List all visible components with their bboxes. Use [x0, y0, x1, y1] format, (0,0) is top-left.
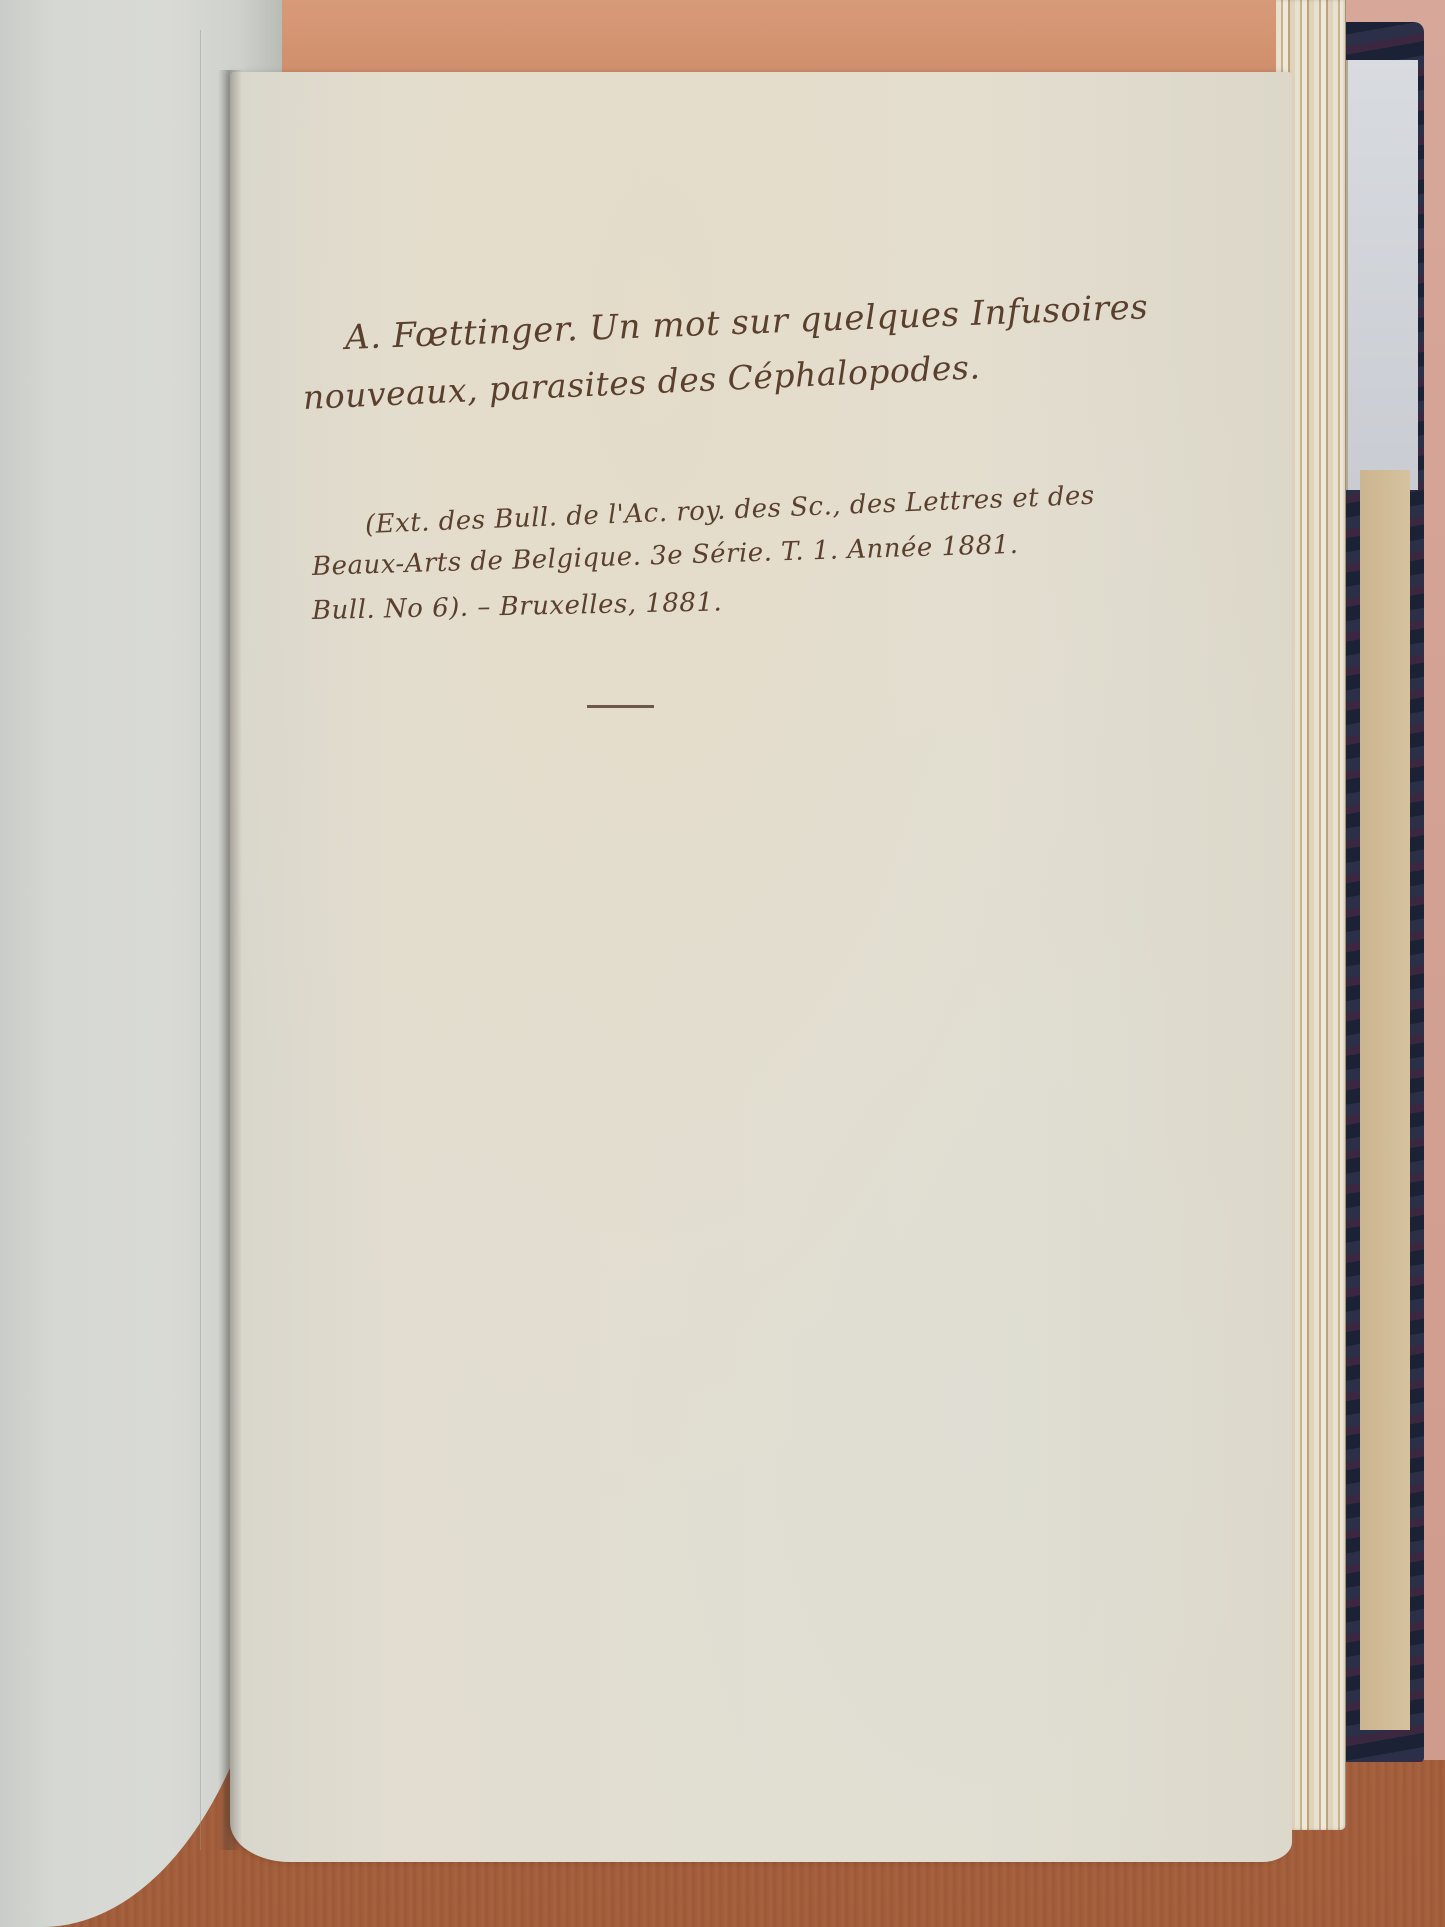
book-gutter [218, 70, 242, 1850]
left-page-fold-line [200, 30, 201, 1850]
cover-board-edge [1360, 470, 1410, 1730]
cover-endpaper [1346, 60, 1418, 490]
table-surface-top [150, 0, 1350, 80]
separator-rule [587, 705, 654, 708]
